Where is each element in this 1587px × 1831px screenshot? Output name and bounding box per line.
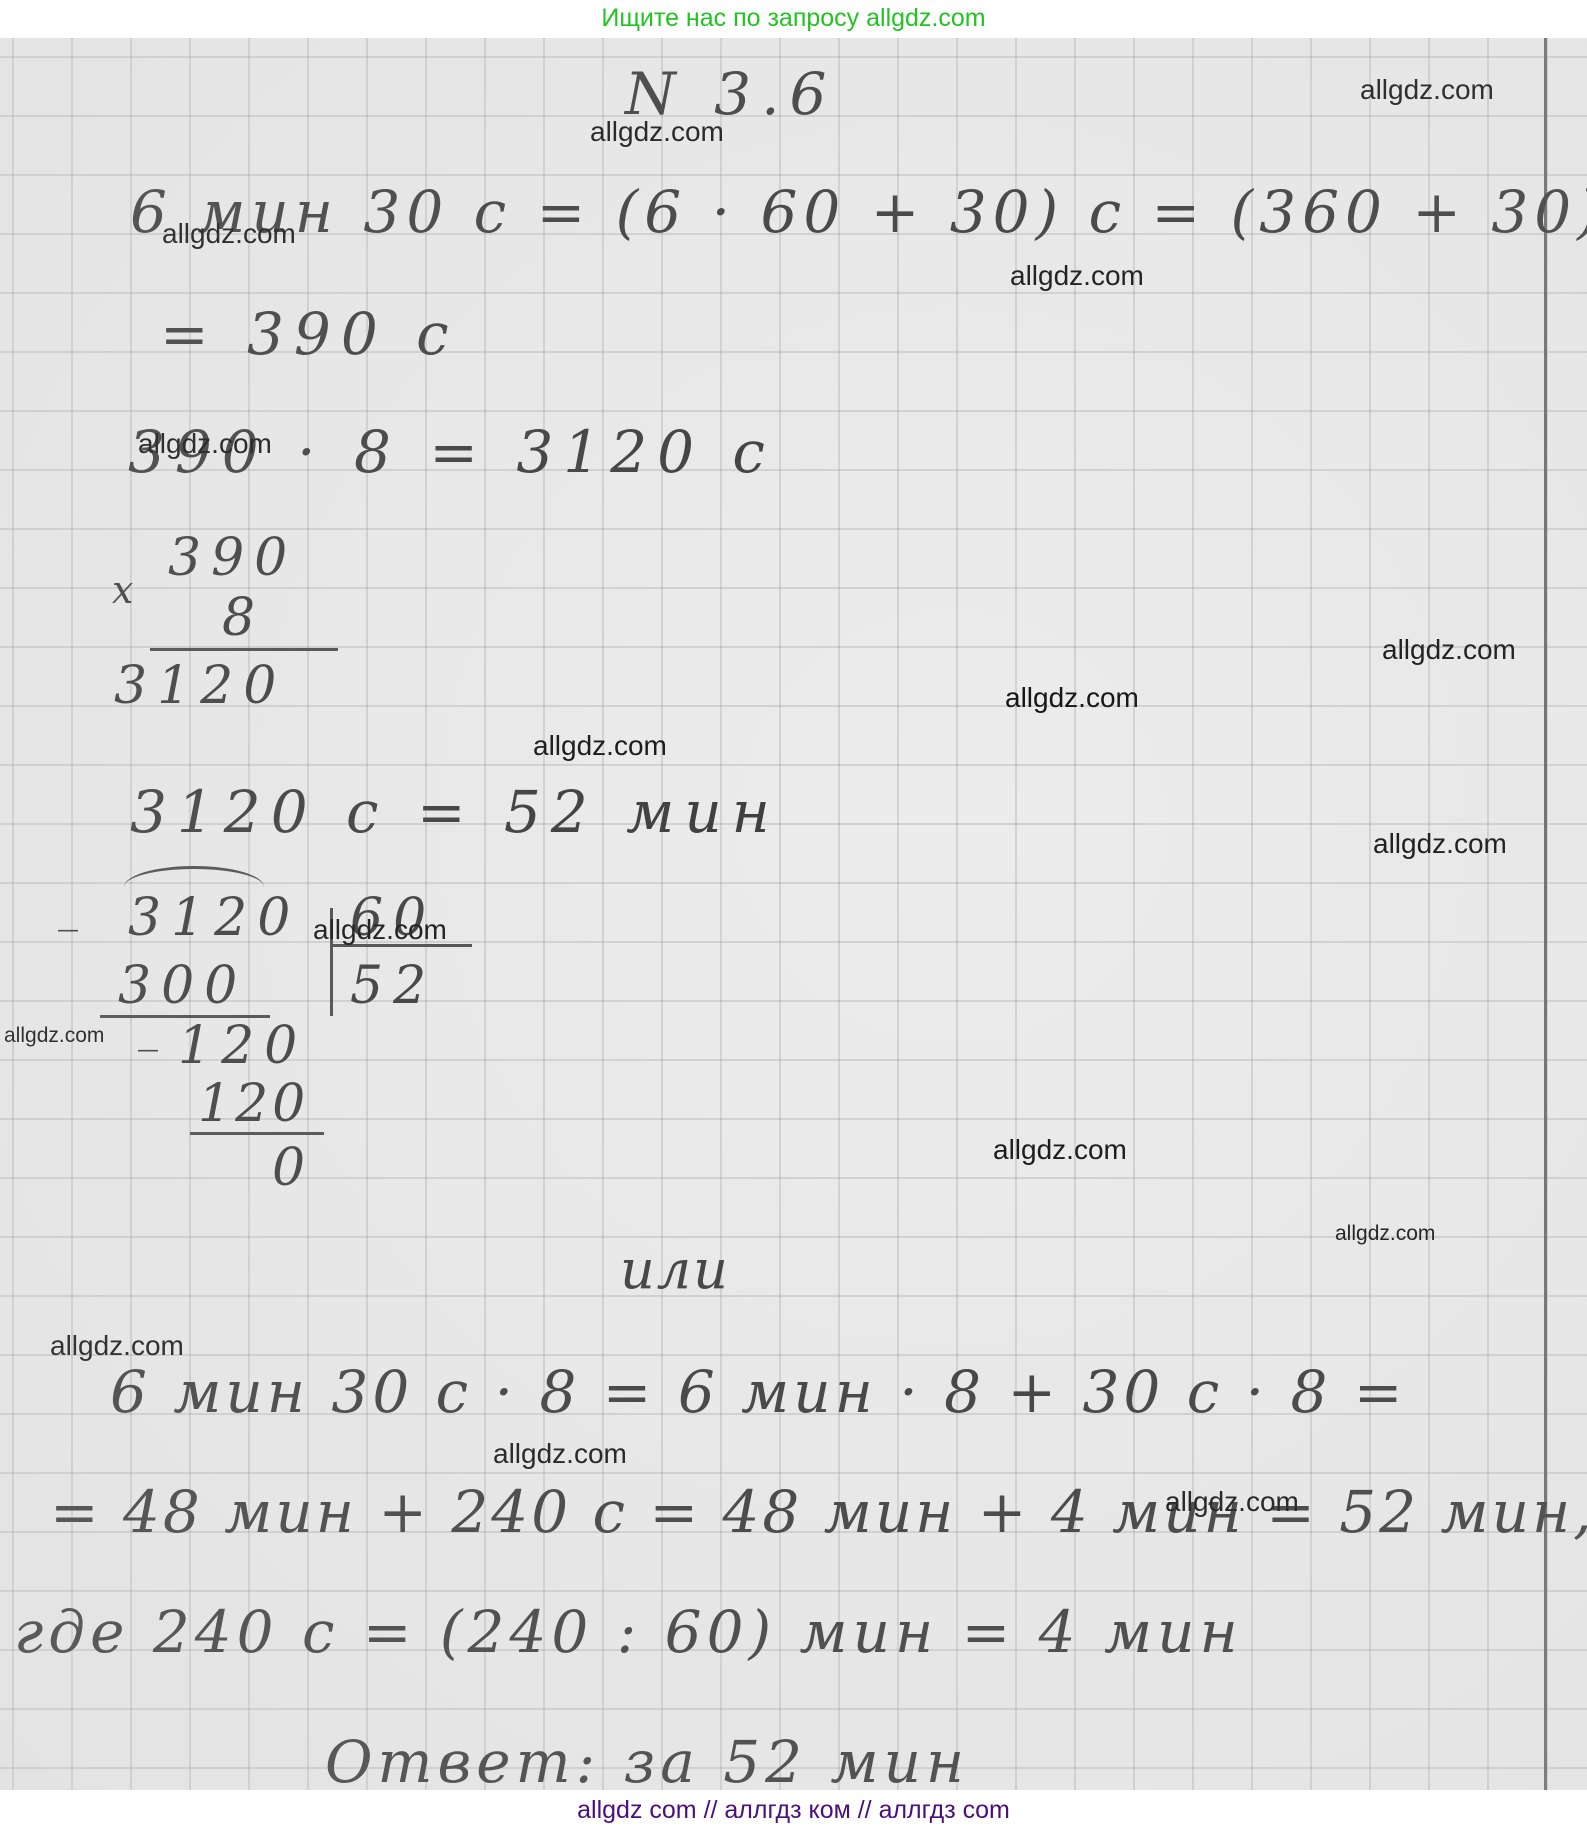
step2-minus-sign: _ <box>138 1006 168 1052</box>
division-arc <box>124 866 264 887</box>
watermark: allgdz.com <box>50 1330 184 1362</box>
watermark: allgdz.com <box>1010 260 1144 292</box>
watermark: allgdz.com <box>1335 1222 1435 1246</box>
notebook-page: N 3.6 6 мин 30 с = (6 · 60 + 30) с = (36… <box>0 38 1587 1790</box>
watermark: allgdz.com <box>1165 1486 1299 1518</box>
quotient: 52 <box>350 956 436 1016</box>
watermark: allgdz.com <box>1382 634 1516 666</box>
step2-remainder: 120 <box>178 1016 307 1076</box>
watermark: allgdz.com <box>533 730 667 762</box>
watermark: allgdz.com <box>4 1024 104 1048</box>
solution-line-4: 3120 с = 52 мин <box>130 778 780 846</box>
step2-subtract: 120 <box>198 1074 309 1134</box>
final-remainder: 0 <box>272 1138 315 1198</box>
watermark: allgdz.com <box>313 914 447 946</box>
multiplier: 8 <box>222 588 265 648</box>
product: 3120 <box>114 656 286 716</box>
watermark: allgdz.com <box>1005 682 1139 714</box>
or-word: или <box>620 1238 730 1301</box>
watermark: allgdz.com <box>138 428 272 460</box>
watermark: allgdz.com <box>493 1438 627 1470</box>
watermark: allgdz.com <box>162 218 296 250</box>
watermark: allgdz.com <box>590 116 724 148</box>
step2-line <box>190 1132 324 1135</box>
answer-line: Ответ: за 52 мин <box>325 1728 969 1790</box>
multiplicand: 390 <box>168 528 297 588</box>
dividend: 3120 <box>128 888 300 948</box>
top-banner: Ищите нас по запросу allgdz.com <box>0 0 1587 38</box>
division-minus-sign: _ <box>58 886 88 932</box>
multiplication-line <box>150 648 338 651</box>
watermark: allgdz.com <box>993 1134 1127 1166</box>
solution-line-2: = 390 с <box>160 300 459 368</box>
watermark: allgdz.com <box>1360 74 1494 106</box>
solution-line-7: где 240 с = (240 : 60) мин = 4 мин <box>14 1598 1243 1666</box>
multiply-sign: x <box>112 568 143 612</box>
solution-line-6: = 48 мин + 240 с = 48 мин + 4 мин = 52 м… <box>50 1478 1587 1546</box>
solution-line-1: 6 мин 30 с = (6 · 60 + 30) с = (360 + 30… <box>130 178 1587 246</box>
solution-line-5: 6 мин 30 с · 8 = 6 мин · 8 + 30 с · 8 = <box>110 1358 1406 1426</box>
watermark: allgdz.com <box>1373 828 1507 860</box>
bottom-banner: allgdz com // аллгдз ком // аллгдз com <box>0 1790 1587 1831</box>
